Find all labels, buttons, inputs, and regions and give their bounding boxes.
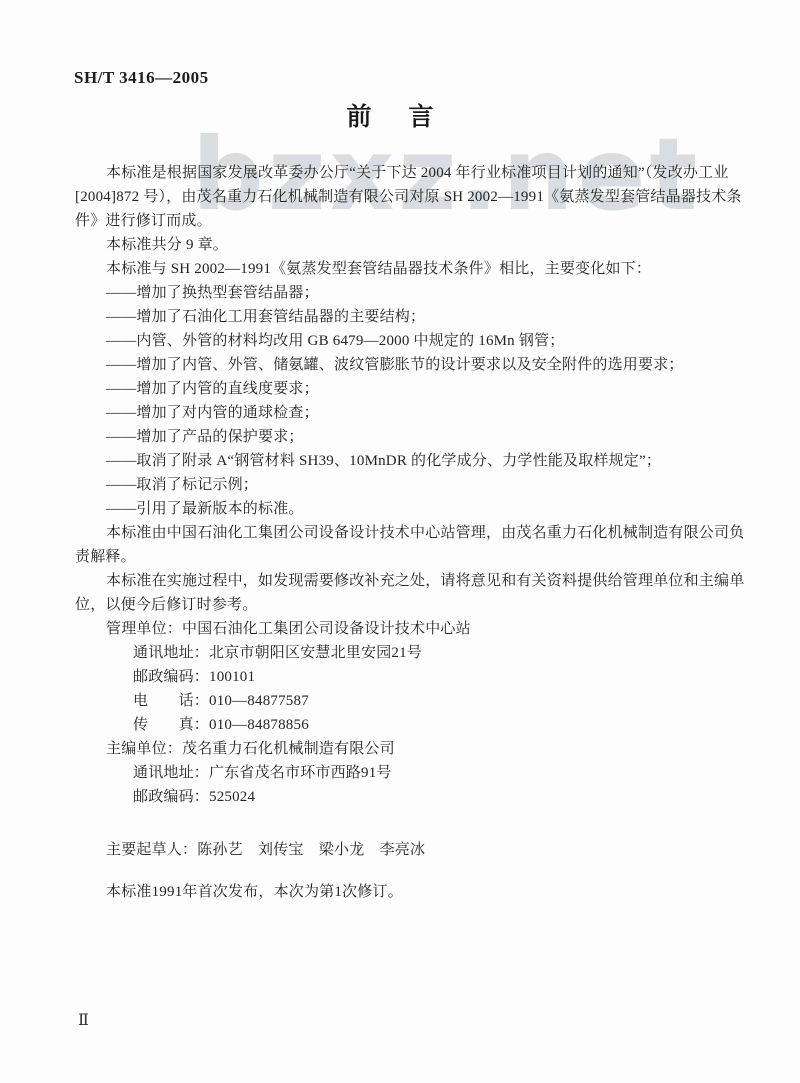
text-line: 管理单位：中国石油化工集团公司设备设计技术中心站 <box>75 617 747 641</box>
text-line: ——内管、外管的材料均改用 GB 6479—2000 中规定的 16Mn 钢管； <box>75 329 747 353</box>
text-line: 本标准1991年首次发布，本次为第1次修订。 <box>75 880 747 904</box>
text-line: ——增加了石油化工用套管结晶器的主要结构； <box>75 305 747 329</box>
text-line: 邮政编码：525024 <box>75 785 747 809</box>
text-line: 主要起草人：陈孙艺 刘传宝 梁小龙 李亮冰 <box>75 838 747 862</box>
text-line: 主编单位：茂名重力石化机械制造有限公司 <box>75 737 747 761</box>
text-line: ——引用了最新版本的标准。 <box>75 497 747 521</box>
text-line: 件》进行修订而成。 <box>75 209 747 233</box>
text-line: [2004]872 号），由茂名重力石化机械制造有限公司对原 SH 2002—1… <box>75 185 747 209</box>
text-line: ——增加了对内管的通球检查； <box>75 401 747 425</box>
text-line: 位，以便今后修订时参考。 <box>75 593 747 617</box>
document-page: bzxz.net SH/T 3416—2005 前 言 本标准是根据国家发展改革… <box>0 0 800 1083</box>
text-line: ——取消了标记示例； <box>75 473 747 497</box>
text-line: 本标准共分 9 章。 <box>75 233 747 257</box>
text-line: ——增加了产品的保护要求； <box>75 425 747 449</box>
page-title: 前 言 <box>0 97 786 133</box>
text-line: ——取消了附录 A“钢管材料 SH39、10MnDR 的化学成分、力学性能及取样… <box>75 449 747 473</box>
page-number: Ⅱ <box>78 1010 89 1030</box>
text-line: 通讯地址：广东省茂名市环市西路91号 <box>75 761 747 785</box>
text-line: 邮政编码：100101 <box>75 665 747 689</box>
text-line: ——增加了换热型套管结晶器； <box>75 281 747 305</box>
text-line: 本标准由中国石油化工集团公司设备设计技术中心站管理，由茂名重力石化机械制造有限公… <box>75 521 747 545</box>
foreword-body: 本标准是根据国家发展改革委办公厅“关于下达 2004 年行业标准项目计划的通知”… <box>75 161 747 904</box>
standard-code: SH/T 3416—2005 <box>74 68 209 88</box>
text-line: ——增加了内管的直线度要求； <box>75 377 747 401</box>
text-line: 传 真：010—84878856 <box>75 713 747 737</box>
text-line: 通讯地址：北京市朝阳区安慧北里安园21号 <box>75 641 747 665</box>
text-line: ——增加了内管、外管、储氨罐、波纹管膨胀节的设计要求以及安全附件的选用要求； <box>75 353 747 377</box>
text-line: 本标准是根据国家发展改革委办公厅“关于下达 2004 年行业标准项目计划的通知”… <box>75 161 747 185</box>
text-line: 本标准在实施过程中，如发现需要修改补充之处，请将意见和有关资料提供给管理单位和主… <box>75 569 747 593</box>
text-line: 责解释。 <box>75 545 747 569</box>
text-line: 电 话：010—84877587 <box>75 689 747 713</box>
text-line: 本标准与 SH 2002—1991《氨蒸发型套管结晶器技术条件》相比，主要变化如… <box>75 257 747 281</box>
